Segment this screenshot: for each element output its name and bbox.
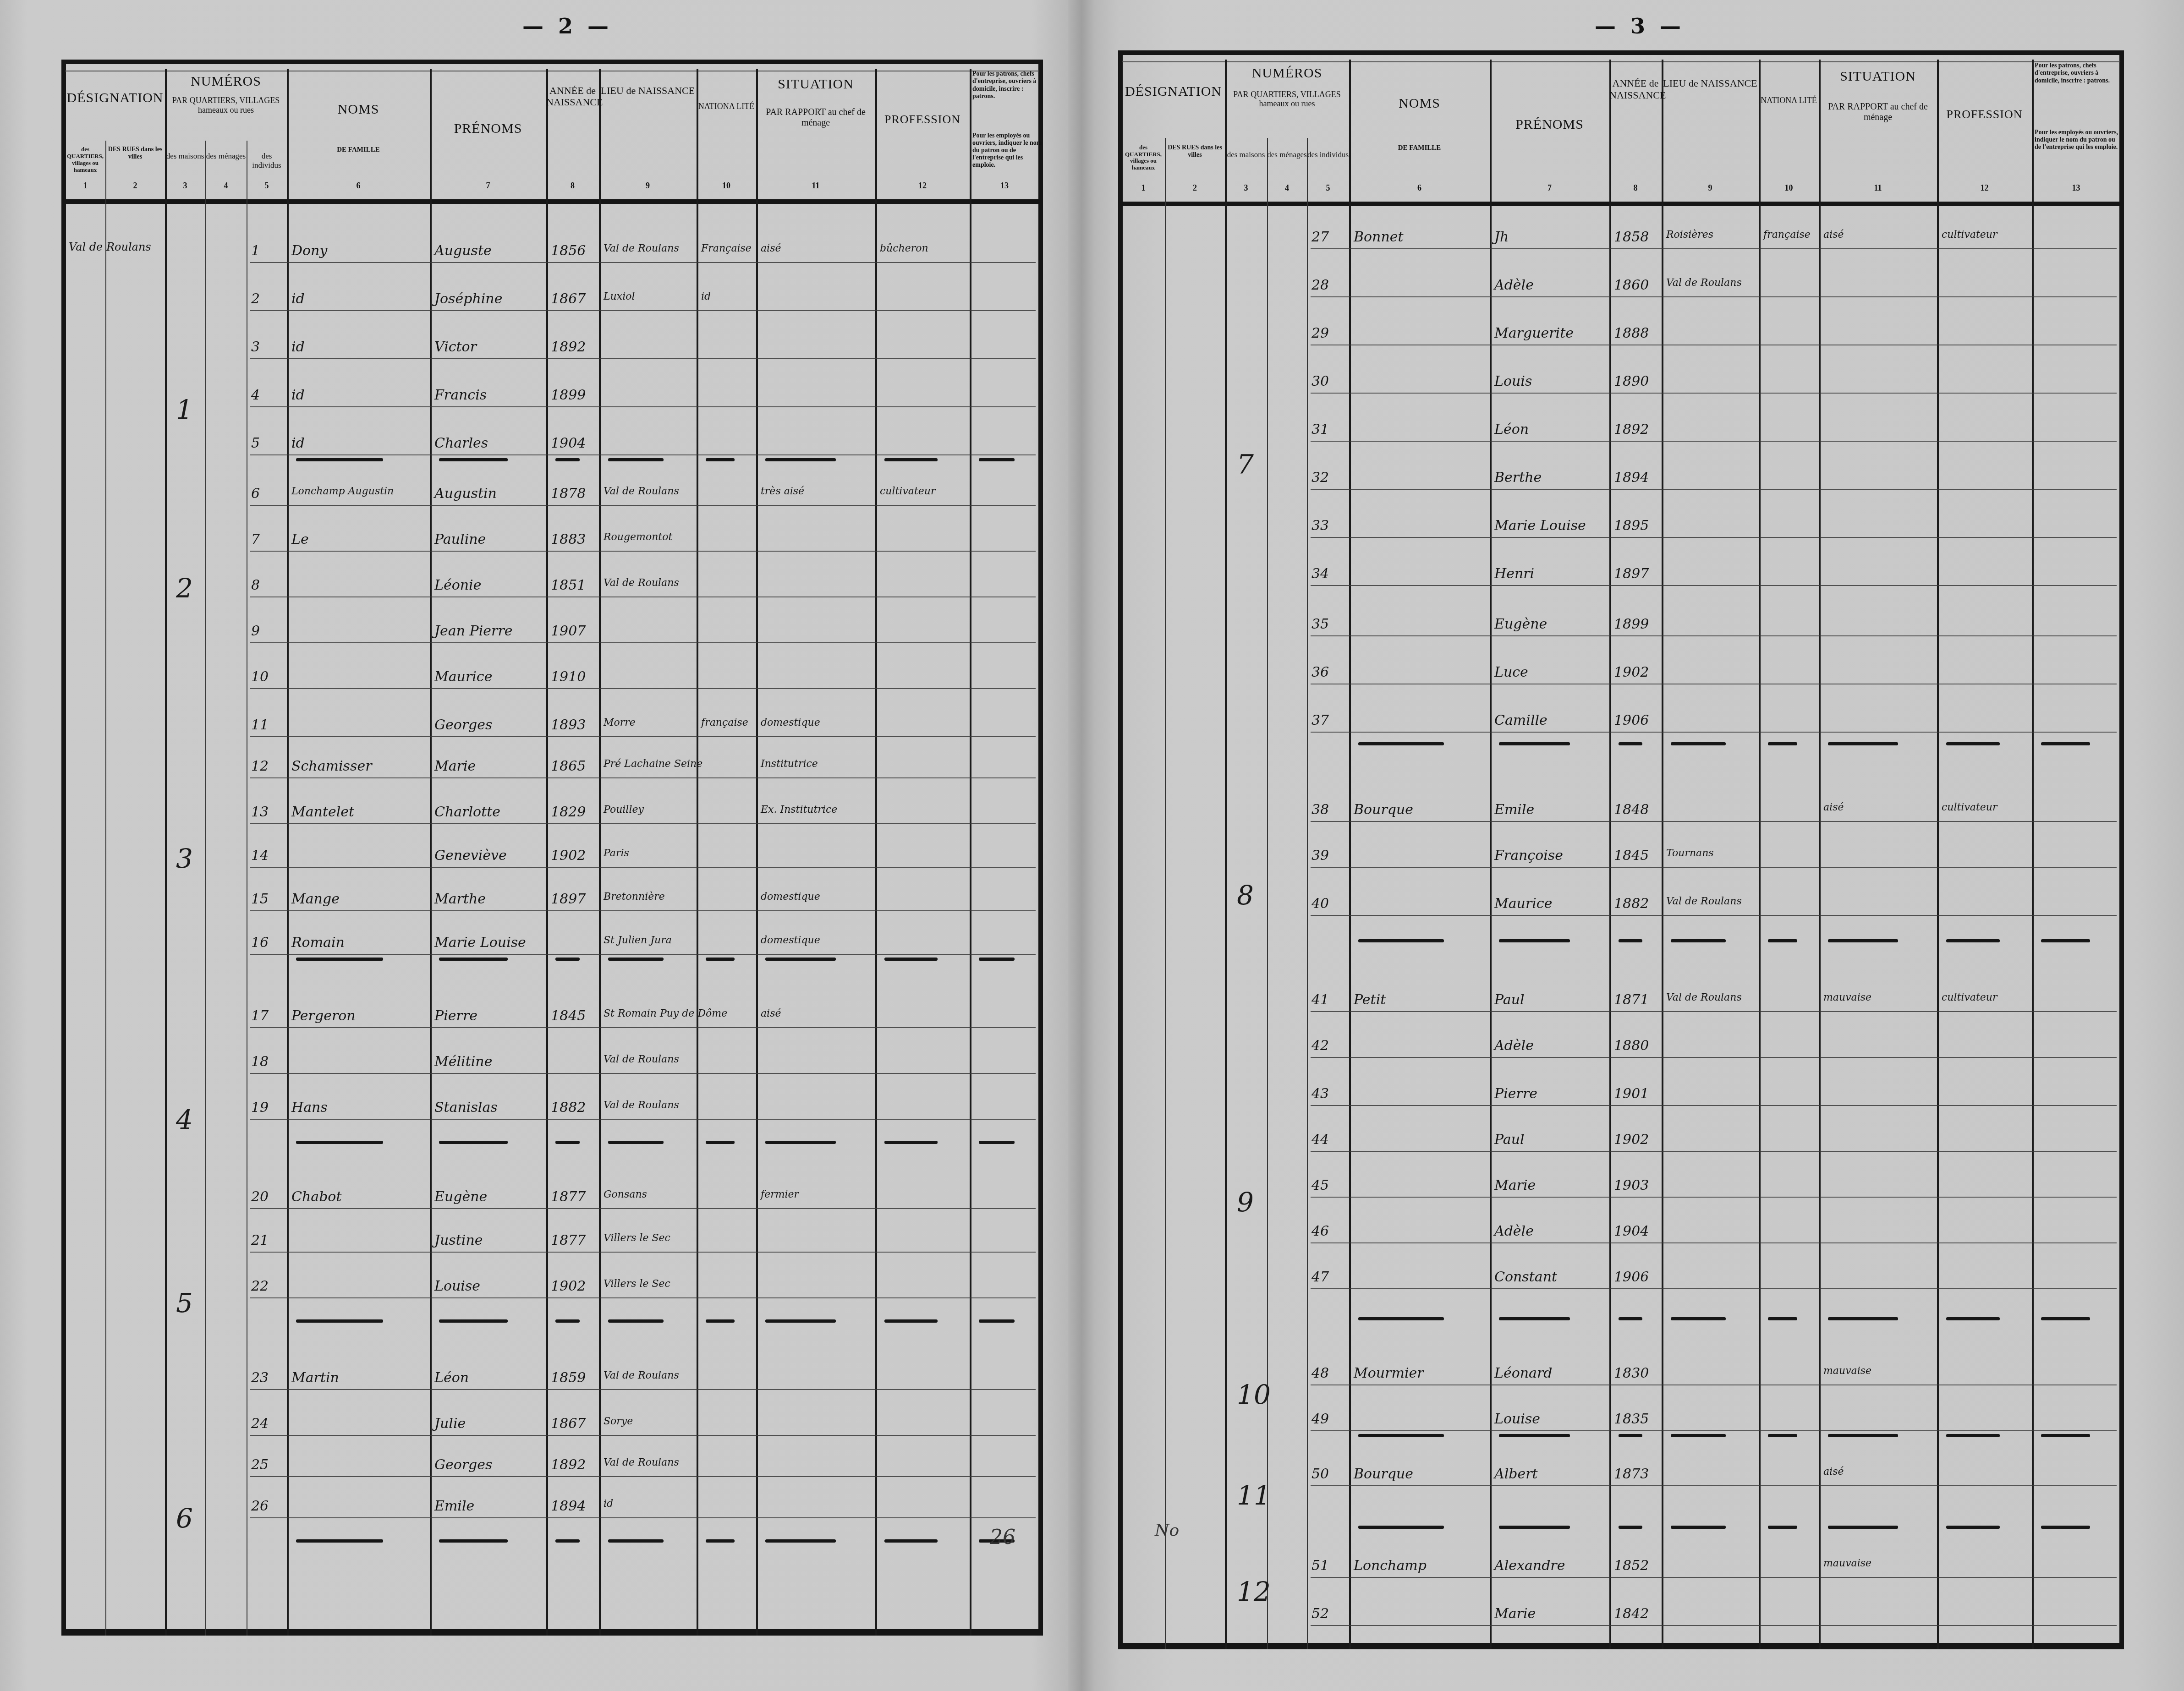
household-separator xyxy=(1768,1434,1797,1437)
right-individual-number-cell: 35 xyxy=(1311,616,1329,632)
household-separator xyxy=(2041,1526,2090,1529)
left-family-name-cell: Le xyxy=(291,531,309,547)
right-column-number: 1 xyxy=(1134,183,1152,193)
row-rule xyxy=(1311,441,2117,442)
household-separator xyxy=(2041,1317,2090,1320)
row-rule xyxy=(1311,915,2117,916)
household-separator xyxy=(1499,1317,1570,1320)
left-birth-year-cell: 1867 xyxy=(551,1416,586,1432)
right-birth-year-cell: 1858 xyxy=(1614,229,1649,245)
left-household-situation-cell: fermier xyxy=(761,1189,799,1200)
left-birthplace-cell: Villers le Sec xyxy=(604,1232,670,1244)
left-column-divider xyxy=(247,141,247,1636)
right-individual-number-cell: 34 xyxy=(1311,566,1329,582)
row-rule xyxy=(1311,867,2117,868)
right-first-name-cell: Adèle xyxy=(1494,1038,1534,1054)
right-birth-year-cell: 1835 xyxy=(1614,1411,1649,1427)
right-first-name-cell: Henri xyxy=(1494,566,1534,582)
right-individual-number-cell: 39 xyxy=(1311,848,1329,864)
house-number: 12 xyxy=(1237,1576,1271,1607)
row-rule xyxy=(250,1208,1036,1209)
left-individual-number-cell: 12 xyxy=(251,758,269,774)
household-separator xyxy=(765,1141,836,1144)
household-separator xyxy=(1828,939,1898,942)
household-separator xyxy=(1358,1434,1444,1437)
row-rule xyxy=(250,597,1036,597)
left-birth-year-cell: 1907 xyxy=(551,623,586,639)
household-separator xyxy=(1828,1526,1898,1529)
left-header-situation-sub: PAR RAPPORT au chef de ménage xyxy=(756,107,875,128)
right-birth-year-cell: 1902 xyxy=(1614,664,1649,680)
household-separator xyxy=(296,1539,383,1543)
house-number: 2 xyxy=(176,573,193,604)
household-separator xyxy=(1619,1526,1642,1529)
household-separator xyxy=(1619,1317,1642,1320)
right-header-col13-bottom: Pour les employés ou ouvriers, indiquer … xyxy=(2032,129,2126,151)
household-separator xyxy=(296,1141,383,1144)
row-rule xyxy=(1311,393,2117,394)
right-header-lieu: LIEU de NAISSANCE xyxy=(1662,77,1759,89)
left-birth-year-cell: 1904 xyxy=(551,435,586,451)
left-individual-number-cell: 6 xyxy=(251,486,260,502)
right-household-situation-cell: mauvaise xyxy=(1823,1365,1871,1377)
household-separator xyxy=(2041,1434,2090,1437)
right-first-name-cell: Marie Louise xyxy=(1494,518,1586,534)
right-column-divider xyxy=(1819,60,1821,1649)
left-birthplace-cell: Bretonnière xyxy=(604,891,665,903)
household-separator xyxy=(608,1319,664,1323)
right-individual-number-cell: 51 xyxy=(1311,1558,1329,1574)
house-number: 5 xyxy=(176,1287,193,1319)
left-birth-year-cell: 1878 xyxy=(551,486,586,502)
right-column-divider xyxy=(1349,60,1351,1649)
left-individual-number-cell: 17 xyxy=(251,1008,269,1024)
left-page-number: — 2 — xyxy=(522,14,612,38)
book-gutter xyxy=(1068,0,1095,1691)
right-family-name-cell: Bourque xyxy=(1354,1466,1413,1482)
left-header-numeros: NUMÉROS xyxy=(165,74,287,90)
left-column-number: 9 xyxy=(639,181,657,191)
right-birth-year-cell: 1904 xyxy=(1614,1223,1649,1239)
left-birth-year-cell: 1883 xyxy=(551,531,586,547)
left-individual-number-cell: 23 xyxy=(251,1370,269,1386)
left-household-situation-cell: Ex. Institutrice xyxy=(761,804,837,815)
left-individual-number-cell: 4 xyxy=(251,387,260,403)
left-nationality-cell: id xyxy=(701,291,711,302)
left-birthplace-cell: Val de Roulans xyxy=(604,1100,679,1111)
left-header-prenoms: PRÉNOMS xyxy=(430,121,546,137)
household-separator xyxy=(1358,742,1444,745)
left-individual-number-cell: 5 xyxy=(251,435,260,451)
left-birth-year-cell: 1892 xyxy=(551,339,586,355)
household-separator xyxy=(439,958,508,961)
right-birth-year-cell: 1830 xyxy=(1614,1365,1649,1381)
household-separator xyxy=(1671,1434,1726,1437)
household-separator xyxy=(439,1319,508,1323)
left-birth-year-cell: 1882 xyxy=(551,1100,586,1116)
row-rule xyxy=(250,310,1036,311)
right-column-divider xyxy=(1759,60,1761,1649)
left-first-name-cell: Victor xyxy=(434,339,477,355)
right-individual-number-cell: 38 xyxy=(1311,802,1329,818)
right-birth-year-cell: 1888 xyxy=(1614,325,1649,341)
right-first-name-cell: Constant xyxy=(1494,1269,1557,1285)
left-column-number: 3 xyxy=(176,181,194,191)
left-column-divider xyxy=(105,141,106,1636)
right-column-divider xyxy=(1165,138,1166,1649)
household-separator xyxy=(555,958,580,961)
household-separator xyxy=(765,1539,836,1543)
household-separator xyxy=(884,1539,938,1543)
left-first-name-cell: Francis xyxy=(434,387,487,403)
row-rule xyxy=(1311,821,2117,822)
right-header-nationalite: NATIONA LITÉ xyxy=(1759,96,1819,105)
right-individual-number-cell: 30 xyxy=(1311,373,1329,389)
right-header-numeros-menages: des ménages xyxy=(1267,150,1307,159)
right-individual-number-cell: 46 xyxy=(1311,1223,1329,1239)
left-individual-number-cell: 16 xyxy=(251,935,269,951)
left-first-name-cell: Pierre xyxy=(434,1008,477,1024)
left-column-number: 13 xyxy=(995,181,1014,191)
left-header-annee: ANNÉE de NAISSANCE xyxy=(546,85,599,108)
household-separator xyxy=(1828,1317,1898,1320)
left-first-name-cell: Charles xyxy=(434,435,488,451)
left-column-number: 4 xyxy=(217,181,235,191)
left-birth-year-cell: 1892 xyxy=(551,1457,586,1473)
household-separator xyxy=(1499,1526,1570,1529)
left-birth-year-cell: 1902 xyxy=(551,848,586,864)
left-individual-number-cell: 2 xyxy=(251,291,260,307)
household-separator xyxy=(706,458,735,461)
right-birth-year-cell: 1903 xyxy=(1614,1177,1649,1193)
left-nationality-cell: Française xyxy=(701,243,752,254)
row-rule xyxy=(250,688,1036,689)
household-separator xyxy=(979,458,1015,461)
left-nationality-cell: française xyxy=(701,717,748,728)
right-birth-year-cell: 1895 xyxy=(1614,518,1649,534)
right-birth-year-cell: 1880 xyxy=(1614,1038,1649,1054)
row-rule xyxy=(1311,1242,2117,1243)
right-household-situation-cell: aisé xyxy=(1823,229,1844,241)
household-separator xyxy=(555,1141,580,1144)
left-family-name-cell: id xyxy=(291,339,305,355)
right-first-name-cell: Pierre xyxy=(1494,1086,1537,1102)
left-column-number: 2 xyxy=(126,181,144,191)
row-rule xyxy=(1311,684,2117,684)
row-rule xyxy=(250,1027,1036,1028)
left-individual-number-cell: 1 xyxy=(251,243,260,259)
left-header-lieu: LIEU de NAISSANCE xyxy=(599,85,697,96)
household-separator xyxy=(608,458,664,461)
house-number: 4 xyxy=(176,1104,193,1135)
left-first-name-cell: Léonie xyxy=(434,577,481,593)
right-household-situation-cell: aisé xyxy=(1823,1466,1844,1478)
right-birth-year-cell: 1899 xyxy=(1614,616,1649,632)
right-header-designation-sub2: DES RUES dans les villes xyxy=(1165,144,1225,159)
left-household-situation-cell: Institutrice xyxy=(761,758,818,770)
right-first-name-cell: Léonard xyxy=(1494,1365,1553,1381)
household-separator xyxy=(2041,742,2090,745)
household-separator xyxy=(884,458,938,461)
right-birth-year-cell: 1902 xyxy=(1614,1132,1649,1148)
left-birth-year-cell: 1877 xyxy=(551,1232,586,1248)
household-separator xyxy=(1358,939,1444,942)
row-rule xyxy=(1311,1011,2117,1012)
household-separator xyxy=(979,1141,1015,1144)
household-separator xyxy=(706,1539,735,1543)
right-column-number: 4 xyxy=(1278,183,1296,193)
household-separator xyxy=(1358,1317,1444,1320)
left-household-situation-cell: très aisé xyxy=(761,486,804,497)
left-column-number: 7 xyxy=(479,181,497,191)
household-separator xyxy=(439,1539,508,1543)
row-rule xyxy=(250,1435,1036,1436)
left-column-divider xyxy=(546,69,548,1636)
left-birthplace-cell: St Romain Puy de Dôme xyxy=(604,1008,695,1019)
left-individual-number-cell: 18 xyxy=(251,1054,269,1070)
right-family-name-cell: Lonchamp xyxy=(1354,1558,1427,1574)
household-separator xyxy=(1671,742,1726,745)
left-birthplace-cell: Paris xyxy=(604,848,629,859)
right-margin-annotation: No xyxy=(1155,1521,1179,1540)
left-birthplace-cell: Pré Lachaine Seine xyxy=(604,758,695,770)
right-birth-year-cell: 1882 xyxy=(1614,896,1649,912)
right-profession-cell: cultivateur xyxy=(1942,802,1997,813)
household-separator xyxy=(884,1319,938,1323)
household-separator xyxy=(979,958,1015,961)
household-separator xyxy=(555,1539,580,1543)
household-separator xyxy=(439,458,508,461)
household-separator xyxy=(296,958,383,961)
household-separator xyxy=(979,1319,1015,1323)
household-separator xyxy=(555,1319,580,1323)
left-header-designation: DÉSIGNATION xyxy=(65,90,165,106)
left-birth-year-cell: 1845 xyxy=(551,1008,586,1024)
left-family-name-cell: id xyxy=(291,387,305,403)
right-birthplace-cell: Tournans xyxy=(1666,848,1714,859)
row-rule xyxy=(1311,489,2117,490)
row-rule xyxy=(250,1119,1036,1120)
household-separator xyxy=(765,1319,836,1323)
left-household-situation-cell: domestique xyxy=(761,935,820,946)
house-number: 1 xyxy=(176,394,193,425)
left-birth-year-cell: 1865 xyxy=(551,758,586,774)
household-separator xyxy=(884,958,938,961)
household-separator xyxy=(2041,939,2090,942)
right-individual-number-cell: 28 xyxy=(1311,277,1329,293)
left-header-top-rule xyxy=(65,71,1039,71)
left-header-noms-sub: DE FAMILLE xyxy=(287,146,430,154)
household-separator xyxy=(1499,939,1570,942)
left-header-noms: NOMS xyxy=(287,102,430,118)
right-birth-year-cell: 1873 xyxy=(1614,1466,1649,1482)
household-separator xyxy=(296,458,383,461)
right-individual-number-cell: 48 xyxy=(1311,1365,1329,1381)
right-individual-number-cell: 31 xyxy=(1311,421,1329,438)
left-family-name-cell: Mange xyxy=(291,891,340,907)
left-first-name-cell: Marthe xyxy=(434,891,486,907)
left-individual-number-cell: 10 xyxy=(251,669,269,685)
left-column-number: 12 xyxy=(913,181,932,191)
left-birth-year-cell: 1877 xyxy=(551,1189,586,1205)
left-birth-year-cell: 1897 xyxy=(551,891,586,907)
left-header-designation-sub1: des QUARTIERS, villages ou hameaux xyxy=(65,146,105,174)
house-number: 3 xyxy=(176,843,193,874)
left-birthplace-cell: Gonsans xyxy=(604,1189,647,1200)
left-individual-number-cell: 15 xyxy=(251,891,269,907)
right-column-divider xyxy=(1490,60,1492,1649)
left-birth-year-cell: 1829 xyxy=(551,804,586,820)
row-rule xyxy=(250,777,1036,778)
left-individual-number-cell: 8 xyxy=(251,577,260,593)
left-individual-number-cell: 14 xyxy=(251,848,269,864)
right-column-number: 9 xyxy=(1701,183,1719,193)
right-birth-year-cell: 1897 xyxy=(1614,566,1649,582)
left-individual-number-cell: 26 xyxy=(251,1498,269,1514)
left-first-name-cell: Léon xyxy=(434,1370,469,1386)
left-first-name-cell: Charlotte xyxy=(434,804,500,820)
left-column-divider xyxy=(599,69,601,1636)
right-individual-number-cell: 52 xyxy=(1311,1606,1329,1622)
right-individual-number-cell: 45 xyxy=(1311,1177,1329,1193)
row-rule xyxy=(1311,585,2117,586)
right-first-name-cell: Maurice xyxy=(1494,896,1552,912)
row-rule xyxy=(1311,1105,2117,1106)
row-rule xyxy=(1311,1430,2117,1431)
right-birthplace-cell: Val de Roulans xyxy=(1666,896,1742,907)
right-individual-number-cell: 27 xyxy=(1311,229,1329,245)
right-nationality-cell: française xyxy=(1763,229,1811,241)
left-first-name-cell: Jean Pierre xyxy=(434,623,513,639)
right-individual-number-cell: 43 xyxy=(1311,1086,1329,1102)
left-birth-year-cell: 1859 xyxy=(551,1370,586,1386)
row-rule xyxy=(250,262,1036,263)
household-separator xyxy=(1768,742,1797,745)
household-separator xyxy=(706,958,735,961)
left-birthplace-cell: Val de Roulans xyxy=(604,1054,679,1065)
left-column-number: 8 xyxy=(564,181,582,191)
right-profession-cell: cultivateur xyxy=(1942,229,1997,241)
left-column-divider xyxy=(165,69,167,1636)
household-separator xyxy=(1358,1526,1444,1529)
right-family-name-cell: Petit xyxy=(1354,992,1386,1008)
left-family-name-cell: id xyxy=(291,435,305,451)
left-first-name-cell: Julie xyxy=(434,1416,466,1432)
row-rule xyxy=(250,1073,1036,1074)
row-rule xyxy=(1311,1057,2117,1058)
left-birthplace-cell: Villers le Sec xyxy=(604,1278,670,1290)
right-header-noms: NOMS xyxy=(1349,96,1490,112)
left-family-name-cell: Dony xyxy=(291,243,327,259)
right-individual-number-cell: 49 xyxy=(1311,1411,1329,1427)
household-separator xyxy=(1946,939,2000,942)
left-family-name-cell: id xyxy=(291,291,305,307)
right-header-profession: PROFESSION xyxy=(1937,108,2032,121)
right-header-situation: SITUATION xyxy=(1819,69,1937,85)
left-header-col13-top: Pour les patrons, chefs d'entreprise, ou… xyxy=(970,71,1045,100)
left-first-name-cell: Mélitine xyxy=(434,1054,492,1070)
household-separator xyxy=(1946,1526,2000,1529)
left-individual-number-cell: 19 xyxy=(251,1100,269,1116)
left-birthplace-cell: Val de Roulans xyxy=(604,486,679,497)
left-birthplace-cell: Val de Roulans xyxy=(604,1370,679,1381)
house-number: 8 xyxy=(1237,880,1254,911)
left-profession-cell: cultivateur xyxy=(880,486,936,497)
right-header-numeros-sub: PAR QUARTIERS, VILLAGES hameaux ou rues xyxy=(1225,90,1349,109)
left-header-numeros-sub: PAR QUARTIERS, VILLAGES hameaux ou rues xyxy=(165,96,287,115)
row-rule xyxy=(1311,1625,2117,1626)
right-birth-year-cell: 1860 xyxy=(1614,277,1649,293)
left-header-numeros-menages: des ménages xyxy=(205,152,247,161)
left-household-situation-cell: aisé xyxy=(761,1008,781,1019)
right-column-number: 10 xyxy=(1780,183,1798,193)
row-rule xyxy=(1311,1577,2117,1578)
left-family-name-cell: Chabot xyxy=(291,1189,341,1205)
left-birthplace-cell: Morre xyxy=(604,717,636,728)
row-rule xyxy=(250,1476,1036,1477)
left-column-number: 1 xyxy=(76,181,94,191)
right-column-number: 11 xyxy=(1869,183,1887,193)
row-rule xyxy=(250,358,1036,359)
row-rule xyxy=(250,642,1036,643)
right-column-divider xyxy=(1307,138,1308,1649)
household-separator xyxy=(608,1539,664,1543)
right-first-name-cell: Jh xyxy=(1494,229,1509,245)
left-birthplace-cell: id xyxy=(604,1498,613,1510)
left-household-situation-cell: domestique xyxy=(761,891,820,903)
left-header-profession: PROFESSION xyxy=(875,113,970,126)
commune-name: Val de Roulans xyxy=(69,241,151,253)
left-column-number: 10 xyxy=(717,181,735,191)
left-individual-number-cell: 24 xyxy=(251,1416,269,1432)
right-column-divider xyxy=(1267,138,1268,1649)
left-column-divider xyxy=(430,69,432,1636)
right-first-name-cell: Camille xyxy=(1494,712,1547,728)
right-column-number: 8 xyxy=(1626,183,1645,193)
right-column-divider xyxy=(2032,60,2034,1649)
right-household-situation-cell: mauvaise xyxy=(1823,1558,1871,1569)
household-separator xyxy=(884,1141,938,1144)
left-first-name-cell: Marie xyxy=(434,758,476,774)
left-individual-number-cell: 21 xyxy=(251,1232,269,1248)
row-rule xyxy=(1311,732,2117,733)
left-individual-number-cell: 25 xyxy=(251,1457,269,1473)
right-first-name-cell: Berthe xyxy=(1494,470,1542,486)
row-rule xyxy=(250,551,1036,552)
right-first-name-cell: Paul xyxy=(1494,992,1525,1008)
row-rule xyxy=(250,823,1036,824)
left-individual-number-cell: 20 xyxy=(251,1189,269,1205)
row-rule xyxy=(250,736,1036,737)
house-number: 9 xyxy=(1237,1187,1254,1218)
household-separator xyxy=(1499,742,1570,745)
right-birth-year-cell: 1852 xyxy=(1614,1558,1649,1574)
left-individual-number-cell: 9 xyxy=(251,623,260,639)
left-family-name-cell: Hans xyxy=(291,1100,328,1116)
left-household-situation-cell: aisé xyxy=(761,243,781,254)
row-rule xyxy=(250,406,1036,407)
right-family-name-cell: Bourque xyxy=(1354,802,1413,818)
household-separator xyxy=(1671,1526,1726,1529)
left-header-nationalite: NATIONA LITÉ xyxy=(697,102,756,111)
household-separator xyxy=(1768,1526,1797,1529)
left-header-situation: SITUATION xyxy=(756,77,875,93)
row-rule xyxy=(1311,1385,2117,1385)
left-family-name-cell: Schamisser xyxy=(291,758,372,774)
right-header-designation-sub1: des QUARTIERS, villages ou hameaux xyxy=(1122,144,1165,172)
right-first-name-cell: Françoise xyxy=(1494,848,1563,864)
row-rule xyxy=(1311,1197,2117,1198)
